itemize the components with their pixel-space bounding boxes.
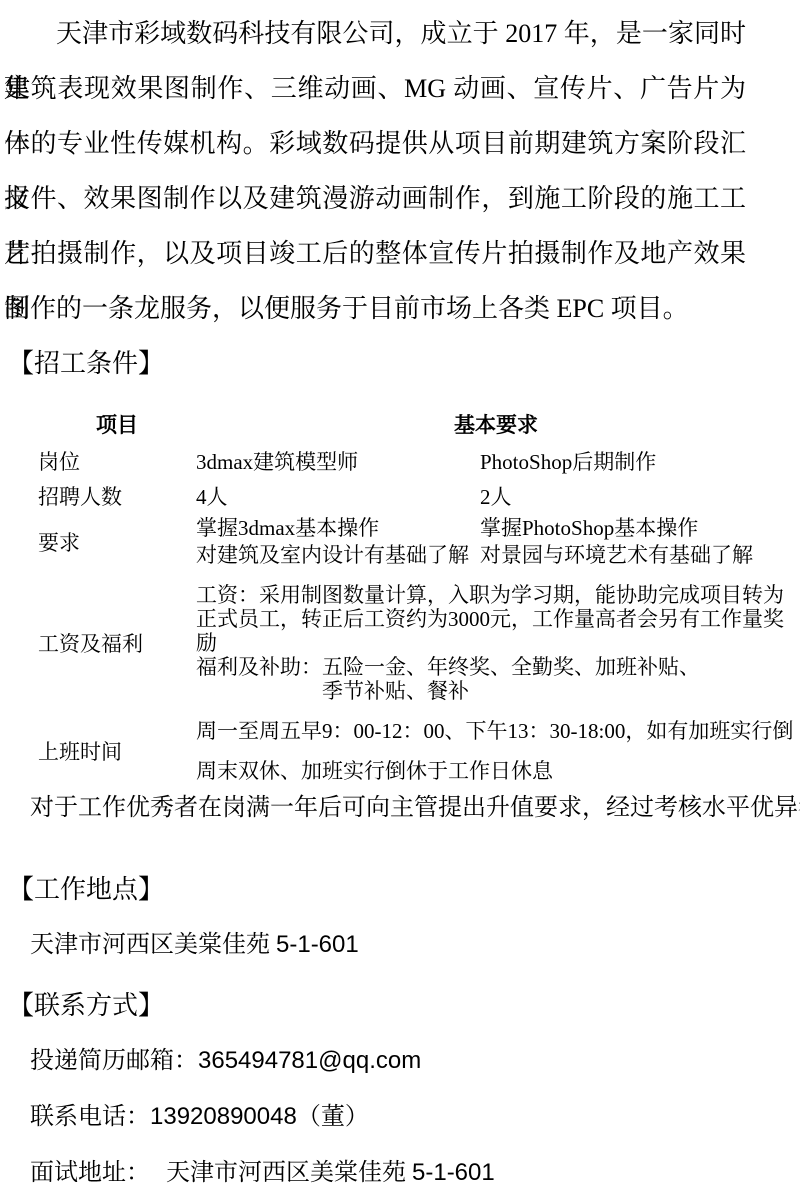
contact-phone-line: 联系电话：13920890048（董） xyxy=(30,1100,369,1134)
email-label: 投递简历邮箱： xyxy=(30,1048,198,1074)
working-hours-content: 周一至周五早9：00-12：00、下午13：30-18:00，如有加班实行倒 周… xyxy=(196,711,796,791)
table-row-salary-benefits: 工资及福利 工资：采用制图数量计算，入职为学习期，能协助完成项目转为 正式员工，… xyxy=(38,569,796,703)
intro-line: 建筑表现效果图制作、三维动画、MG 动画、宣传片、广告片为一 xyxy=(4,61,746,116)
headcount-col3: 2人 xyxy=(480,480,796,515)
phone-label: 联系电话： xyxy=(30,1104,150,1130)
position-col3: PhotoShop后期制作 xyxy=(480,444,796,480)
table-row-position: 岗位 3dmax建筑模型师 PhotoShop后期制作 xyxy=(38,444,796,480)
intro-line: 制作的一条龙服务，以便服务于目前市场上各类 EPC 项目。 xyxy=(4,281,746,336)
salary-line1: 工资：采用制图数量计算，入职为学习期，能协助完成项目转为 xyxy=(196,583,796,607)
requirements-col2: 掌握3dmax基本操作 对建筑及室内设计有基础了解 xyxy=(196,515,480,569)
salary-line3: 励 xyxy=(196,631,796,655)
phone-number: 13920890048 xyxy=(150,1103,297,1130)
recruit-table: 项目 基本要求 岗位 3dmax建筑模型师 PhotoShop后期制作 招聘人数… xyxy=(38,406,796,791)
job-posting-document: { "colors": { "text": "#000000", "backgr… xyxy=(0,0,800,1194)
intro-line: 天津市彩域数码科技有限公司，成立于 2017 年，是一家同时集 xyxy=(4,6,746,61)
header-item: 项目 xyxy=(38,406,196,444)
phone-contact-person: （董） xyxy=(297,1104,369,1130)
table-row-requirements: 要求 掌握3dmax基本操作 对建筑及室内设计有基础了解 掌握PhotoShop… xyxy=(38,515,796,569)
interview-address-line: 面试地址：天津市河西区美棠佳苑5-1-601 xyxy=(30,1156,495,1190)
table-header-row: 项目 基本要求 xyxy=(38,406,796,444)
headcount-col2: 4人 xyxy=(196,480,480,515)
header-requirement: 基本要求 xyxy=(196,406,796,444)
work-location-address: 天津市河西区美棠佳苑5-1-601 xyxy=(30,928,359,962)
promotion-note: 对于工作优秀者在岗满一年后可向主管提出升值要求，经过考核水平优异者给与涨薪 xyxy=(30,791,800,825)
requirements-col3: 掌握PhotoShop基本操作 对景园与环境艺术有基础了解 xyxy=(480,515,796,569)
contact-email-line: 投递简历邮箱：365494781@qq.com xyxy=(30,1044,421,1078)
row-label: 要求 xyxy=(38,515,196,569)
benefits-line1: 福利及补助：五险一金、年终奖、全勤奖、加班补贴、 xyxy=(196,655,796,679)
requirements-col2-line2: 对建筑及室内设计有基础了解 xyxy=(196,542,480,569)
contact-info-heading: 【联系方式】 xyxy=(8,988,164,1024)
email-address: 365494781@qq.com xyxy=(198,1047,421,1074)
row-label: 工资及福利 xyxy=(38,583,196,703)
salary-benefits-content: 工资：采用制图数量计算，入职为学习期，能协助完成项目转为 正式员工，转正后工资约… xyxy=(196,583,796,703)
benefits-line2: 季节补贴、餐补 xyxy=(196,679,796,703)
intro-line: 文件、效果图制作以及建筑漫游动画制作，到施工阶段的施工工艺 xyxy=(4,171,746,226)
interview-address-unit-number: 5-1-601 xyxy=(412,1159,495,1186)
recruit-conditions-heading: 【招工条件】 xyxy=(8,346,164,382)
row-label: 上班时间 xyxy=(38,711,196,791)
requirements-col3-line1: 掌握PhotoShop基本操作 xyxy=(480,515,796,542)
salary-line2: 正式员工，转正后工资约为3000元，工作量高者会另有工作量奖 xyxy=(196,607,796,631)
address-cn: 天津市河西区美棠佳苑 xyxy=(30,932,270,958)
interview-label: 面试地址： xyxy=(30,1160,150,1186)
position-col2: 3dmax建筑模型师 xyxy=(196,444,480,480)
row-label: 招聘人数 xyxy=(38,480,196,515)
intro-line: 体的专业性传媒机构。彩域数码提供从项目前期建筑方案阶段汇报 xyxy=(4,116,746,171)
hours-line1: 周一至周五早9：00-12：00、下午13：30-18:00，如有加班实行倒 xyxy=(196,711,796,751)
company-intro-paragraph: 天津市彩域数码科技有限公司，成立于 2017 年，是一家同时集 建筑表现效果图制… xyxy=(4,6,746,336)
address-unit-number: 5-1-601 xyxy=(276,931,359,958)
work-location-heading: 【工作地点】 xyxy=(8,872,164,908)
requirements-col2-line1: 掌握3dmax基本操作 xyxy=(196,515,480,542)
table-row-headcount: 招聘人数 4人 2人 xyxy=(38,480,796,515)
hours-line2: 周末双休、加班实行倒休于工作日休息 xyxy=(196,751,796,791)
requirements-col3-line2: 对景园与环境艺术有基础了解 xyxy=(480,542,796,569)
interview-address-cn: 天津市河西区美棠佳苑 xyxy=(166,1160,406,1186)
table-row-working-hours: 上班时间 周一至周五早9：00-12：00、下午13：30-18:00，如有加班… xyxy=(38,703,796,791)
row-label: 岗位 xyxy=(38,444,196,480)
intro-line: 片拍摄制作，以及项目竣工后的整体宣传片拍摄制作及地产效果图 xyxy=(4,226,746,281)
